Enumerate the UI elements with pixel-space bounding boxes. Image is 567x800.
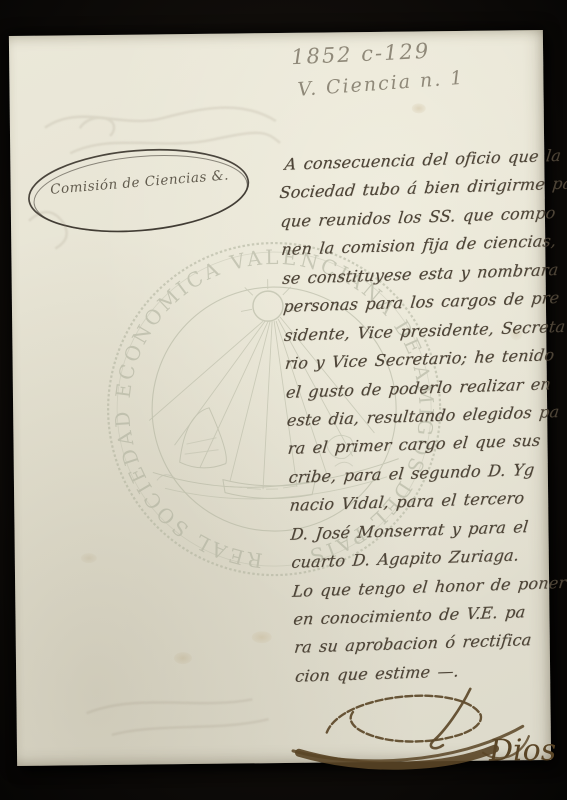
signature-flourish: Dios <box>284 678 557 781</box>
letter-body: A consecuencia del oficio que la Socieda… <box>276 142 567 691</box>
photo-background: { "annotations": { "date_code": "1852 c-… <box>0 0 567 800</box>
document-page: 1852 c-129 V. Ciencia n. 1 Comisión de C… <box>9 30 551 766</box>
signature-word: Dios <box>488 733 557 769</box>
